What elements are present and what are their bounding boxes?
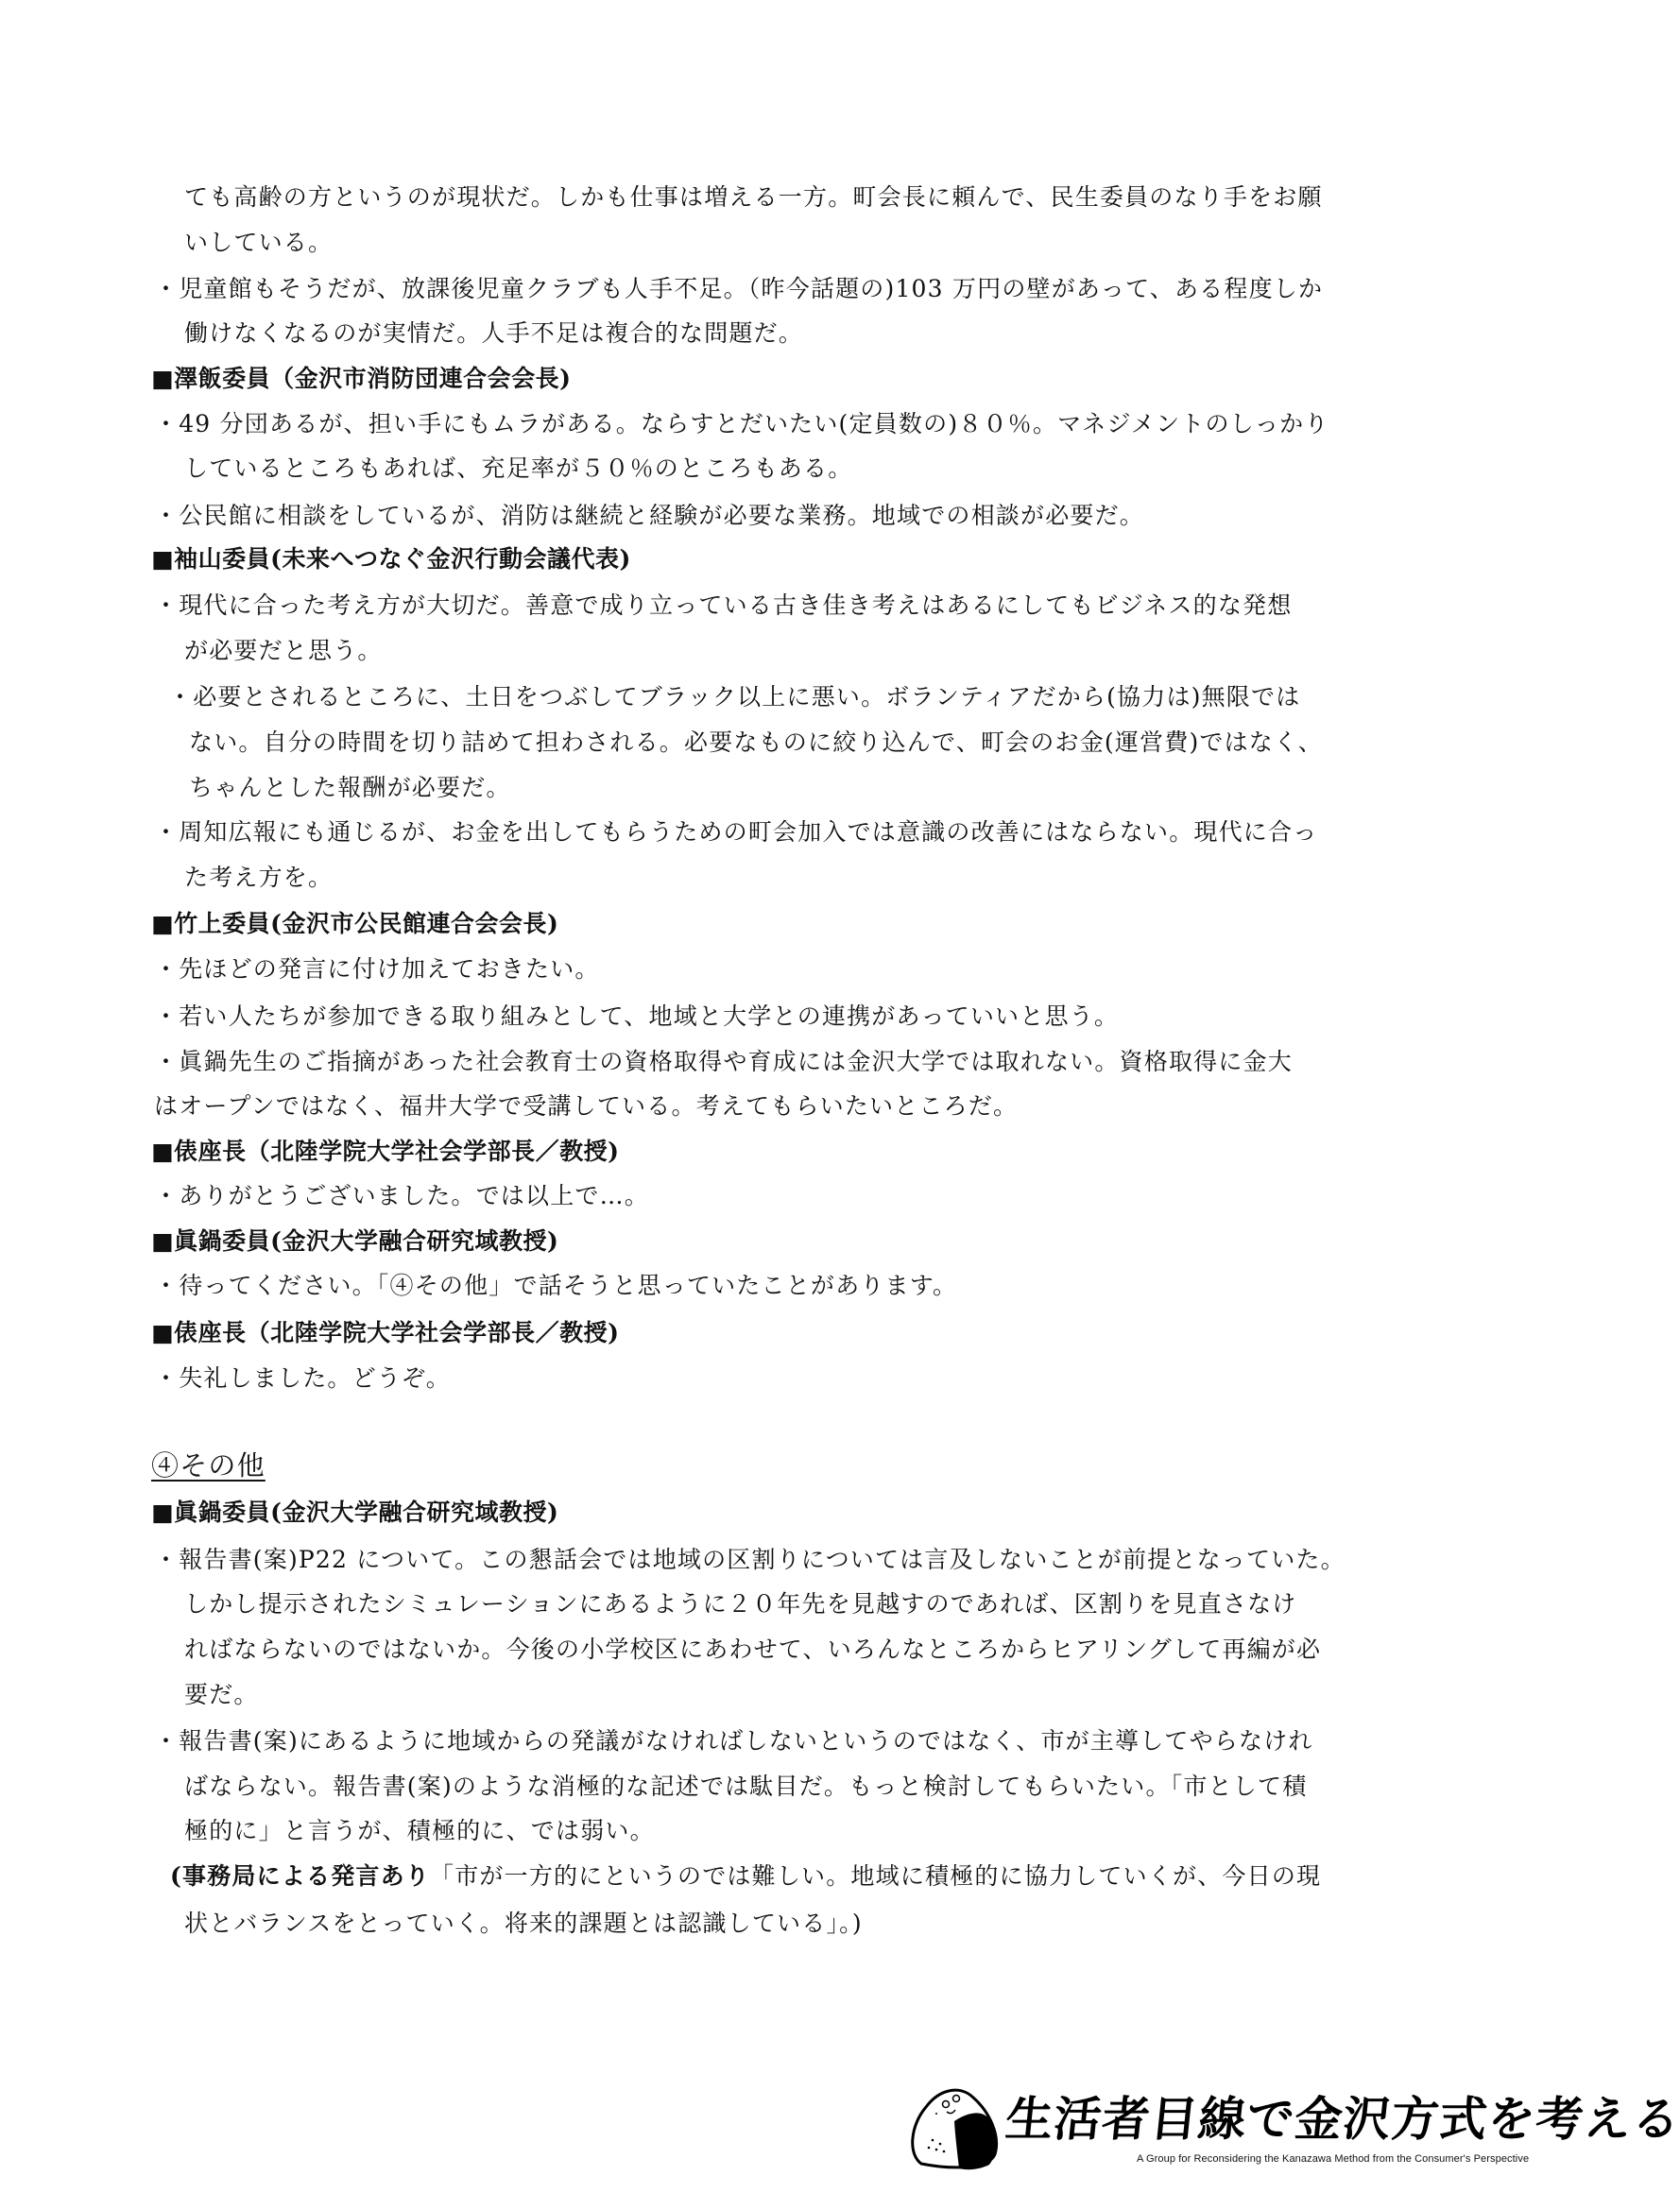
text-line: はオープンではなく、福井大学で受講している。考えてもらいたいところだ。 [154,1090,1018,1122]
text-line: 働けなくなるのが実情だ。人手不足は複合的な問題だ。 [184,317,803,350]
secretariat-remark: (事務局による発言あり「市が一方的にというのでは難しい。地域に積極的に協力してい… [170,1860,1321,1893]
text-line: しているところもあれば、充足率が５０％のところもある。 [184,453,852,485]
text-line: ・若い人たちが参加できる取り組みとして、地域と大学との連携があっていいと思う。 [154,1001,1119,1033]
text-line: ・49 分団あるが、担い手にもムラがある。ならすとだいたい(定員数の)８０％。マ… [154,408,1329,440]
speaker-heading: ■澤飯委員（金沢市消防団連合会会長) [151,363,571,395]
logo-title: 生活者目線で金沢方式を考える会 [1003,2082,1680,2150]
text-line: ・児童館もそうだが、放課後児童クラブも人手不足。（昨今話題の)103 万円の壁が… [154,273,1323,305]
text-line: ちゃんとした報酬が必要だ。 [189,772,511,804]
text-line: ・周知広報にも通じるが、お金を出してもらうための町会加入では意識の改善にはならな… [154,816,1317,848]
text-line: 極的に」と言うが、積極的に、では弱い。 [184,1815,655,1847]
secretariat-remark-label: (事務局による発言あり [170,1862,430,1890]
secretariat-remark-text: 「市が一方的にというのでは難しい。地域に積極的に協力していくが、今日の現 [430,1862,1321,1890]
text-line: ・待ってください。「④その他」で話そうと思っていたことがあります。 [154,1270,957,1302]
text-line: ・失礼しました。どうぞ。 [154,1362,451,1395]
text-line: ・眞鍋先生のご指摘があった社会教育士の資格取得や育成には金沢大学では取れない。資… [154,1046,1293,1078]
text-line: ・現代に合った考え方が大切だ。善意で成り立っている古き佳き考えはあるにしてもビジ… [154,590,1292,622]
text-line: た考え方を。 [184,862,333,894]
document-page: ても高齢の方というのが現状だ。しかも仕事は増える一方。町会長に頼んで、民生委員の… [0,0,1680,2210]
text-line: ・報告書(案)P22 について。この懇話会では地域の区割りについては言及しないこ… [154,1544,1346,1576]
text-line: いしている。 [184,227,333,259]
text-line: ない。自分の時間を切り詰めて担わされる。必要なものに絞り込んで、町会のお金(運営… [189,727,1323,759]
text-line: ・先ほどの発言に付け加えておきたい。 [154,953,600,985]
text-line: ・ありがとうございました。では以上で…。 [154,1180,649,1212]
speaker-heading: ■眞鍋委員(金沢大学融合研究域教授) [151,1225,558,1258]
text-line: ・公民館に相談をしているが、消防は継続と経験が必要な業務。地域での相談が必要だ。 [154,500,1144,532]
text-line: ばならない。報告書(案)のような消極的な記述では駄目だ。もっと検討してもらいたい… [184,1771,1307,1803]
text-line: ても高齢の方というのが現状だ。しかも仕事は増える一方。町会長に頼んで、民生委員の… [184,181,1323,214]
text-line: ・報告書(案)にあるように地域からの発議がなければしないというのではなく、市が主… [154,1725,1313,1757]
text-line: 要だ。 [184,1679,259,1711]
speaker-heading: ■竹上委員(金沢市公民館連合会会長) [151,908,558,940]
speaker-heading: ■袖山委員(未来へつなぐ金沢行動会議代表) [151,543,631,575]
onigiri-mascot-icon [902,2074,1006,2178]
text-line: 状とバランスをとっていく。将来的課題とは認識している」。) [184,1908,863,1940]
speaker-heading: ■俵座長（北陸学院大学社会学部長／教授) [151,1136,619,1168]
text-line: が必要だと思う。 [184,635,383,667]
organization-logo: 生活者目線で金沢方式を考える会 A Group for Reconsiderin… [902,2074,1564,2178]
speaker-heading: ■俵座長（北陸学院大学社会学部長／教授) [151,1317,619,1349]
text-line: ・必要とされるところに、土日をつぶしてブラック以上に悪い。ボランティアだから(協… [168,681,1300,713]
text-line: ればならないのではないか。今後の小学校区にあわせて、いろんなところからヒアリング… [184,1634,1321,1666]
speaker-heading: ■眞鍋委員(金沢大学融合研究域教授) [151,1497,558,1529]
logo-subtitle: A Group for Reconsidering the Kanazawa M… [1137,2153,1529,2165]
text-line: しかし提示されたシミュレーションにあるように２０年先を見越すのであれば、区割りを… [184,1588,1297,1620]
section-title: ④その他 [151,1449,266,1482]
